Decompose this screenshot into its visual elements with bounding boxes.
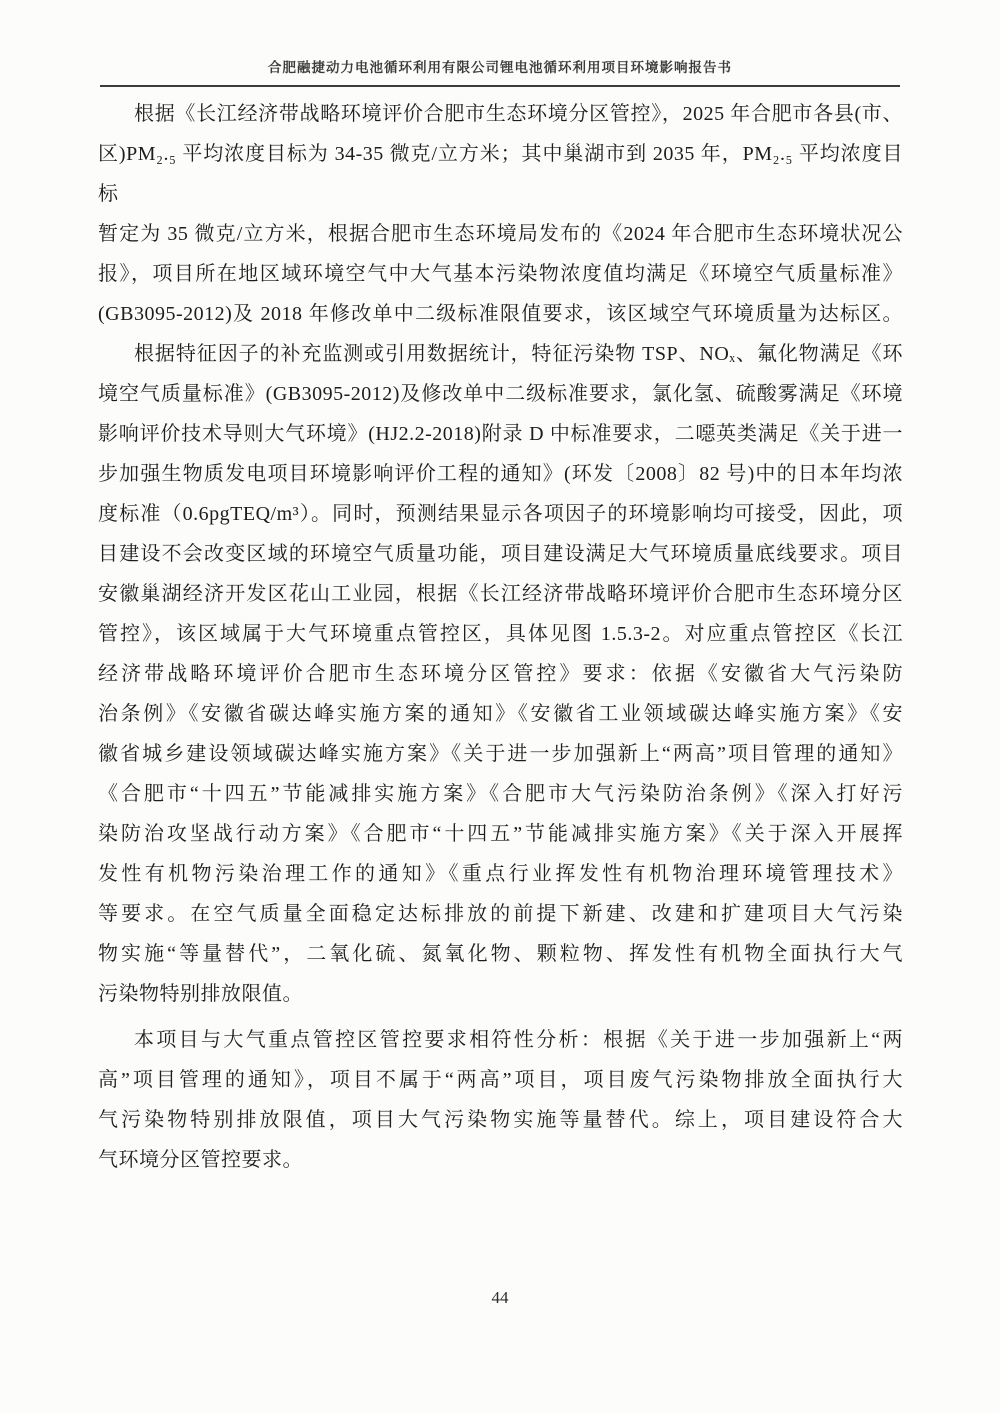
- header-title: 合肥融捷动力电池循环利用有限公司锂电池循环利用项目环境影响报告书: [0, 60, 1000, 76]
- body-line: 等要求。在空气质量全面稳定达标排放的前提下新建、改建和扩建项目大气污染: [98, 894, 903, 934]
- page-number: 44: [0, 1288, 1000, 1308]
- body-line: 度标准（0.6pgTEQ/m³）。同时，预测结果显示各项因子的环境影响均可接受，…: [98, 494, 903, 534]
- document-body: 根据《长江经济带战略环境评价合肥市生态环境分区管控》，2025 年合肥市各县(市…: [0, 87, 1000, 1180]
- running-header: 合肥融捷动力电池循环利用有限公司锂电池循环利用项目环境影响报告书: [0, 0, 1000, 87]
- body-line: 步加强生物质发电项目环境影响评价工程的通知》(环发〔2008〕82 号)中的日本…: [98, 454, 903, 494]
- body-line: 区)PM₂.₅ 平均浓度目标为 34-35 微克/立方米；其中巢湖市到 2035…: [98, 134, 903, 214]
- body-line: 治条例》《安徽省碳达峰实施方案的通知》《安徽省工业领域碳达峰实施方案》《安: [98, 694, 903, 734]
- document-page: 合肥融捷动力电池循环利用有限公司锂电池循环利用项目环境影响报告书 根据《长江经济…: [0, 0, 1000, 1414]
- paragraph-1: 根据《长江经济带战略环境评价合肥市生态环境分区管控》，2025 年合肥市各县(市…: [98, 94, 903, 334]
- body-line: 气环境分区管控要求。: [98, 1140, 903, 1180]
- body-line: 管控》，该区域属于大气环境重点管控区，具体见图 1.5.3-2。对应重点管控区《…: [98, 614, 903, 654]
- body-line: 发性有机物污染治理工作的通知》《重点行业挥发性有机物治理环境管理技术》: [98, 854, 903, 894]
- body-line: 影响评价技术导则大气环境》(HJ2.2-2018)附录 D 中标准要求，二噁英类…: [98, 414, 903, 454]
- paragraph-3: 本项目与大气重点管控区管控要求相符性分析：根据《关于进一步加强新上“两 高”项目…: [98, 1020, 903, 1180]
- body-line: 气污染物特别排放限值，项目大气污染物实施等量替代。综上，项目建设符合大: [98, 1100, 903, 1140]
- body-line: (GB3095-2012)及 2018 年修改单中二级标准限值要求，该区域空气环…: [98, 294, 903, 334]
- body-line: 根据特征因子的补充监测或引用数据统计，特征污染物 TSP、NOₓ、氟化物满足《环: [98, 334, 903, 374]
- body-line: 境空气质量标准》(GB3095-2012)及修改单中二级标准要求，氯化氢、硫酸雾…: [98, 374, 903, 414]
- body-line: 污染物特别排放限值。: [98, 974, 903, 1014]
- body-line: 徽省城乡建设领域碳达峰实施方案》《关于进一步加强新上“两高”项目管理的通知》: [98, 734, 903, 774]
- body-line: 经济带战略环境评价合肥市生态环境分区管控》要求：依据《安徽省大气污染防: [98, 654, 903, 694]
- body-line: 高”项目管理的通知》，项目不属于“两高”项目，项目废气污染物排放全面执行大: [98, 1060, 903, 1100]
- body-line: 《合肥市“十四五”节能减排实施方案》《合肥市大气污染防治条例》《深入打好污: [98, 774, 903, 814]
- body-line: 本项目与大气重点管控区管控要求相符性分析：根据《关于进一步加强新上“两: [98, 1020, 903, 1060]
- body-line: 安徽巢湖经济开发区花山工业园，根据《长江经济带战略环境评价合肥市生态环境分区: [98, 574, 903, 614]
- body-line: 染防治攻坚战行动方案》《合肥市“十四五”节能减排实施方案》《关于深入开展挥: [98, 814, 903, 854]
- body-line: 报》，项目所在地区域环境空气中大气基本污染物浓度值均满足《环境空气质量标准》: [98, 254, 903, 294]
- body-line: 根据《长江经济带战略环境评价合肥市生态环境分区管控》，2025 年合肥市各县(市…: [98, 94, 903, 134]
- body-line: 目建设不会改变区域的环境空气质量功能，项目建设满足大气环境质量底线要求。项目: [98, 534, 903, 574]
- body-line: 物实施“等量替代”，二氧化硫、氮氧化物、颗粒物、挥发性有机物全面执行大气: [98, 934, 903, 974]
- body-line: 暂定为 35 微克/立方米，根据合肥市生态环境局发布的《2024 年合肥市生态环…: [98, 214, 903, 254]
- paragraph-2: 根据特征因子的补充监测或引用数据统计，特征污染物 TSP、NOₓ、氟化物满足《环…: [98, 334, 903, 1014]
